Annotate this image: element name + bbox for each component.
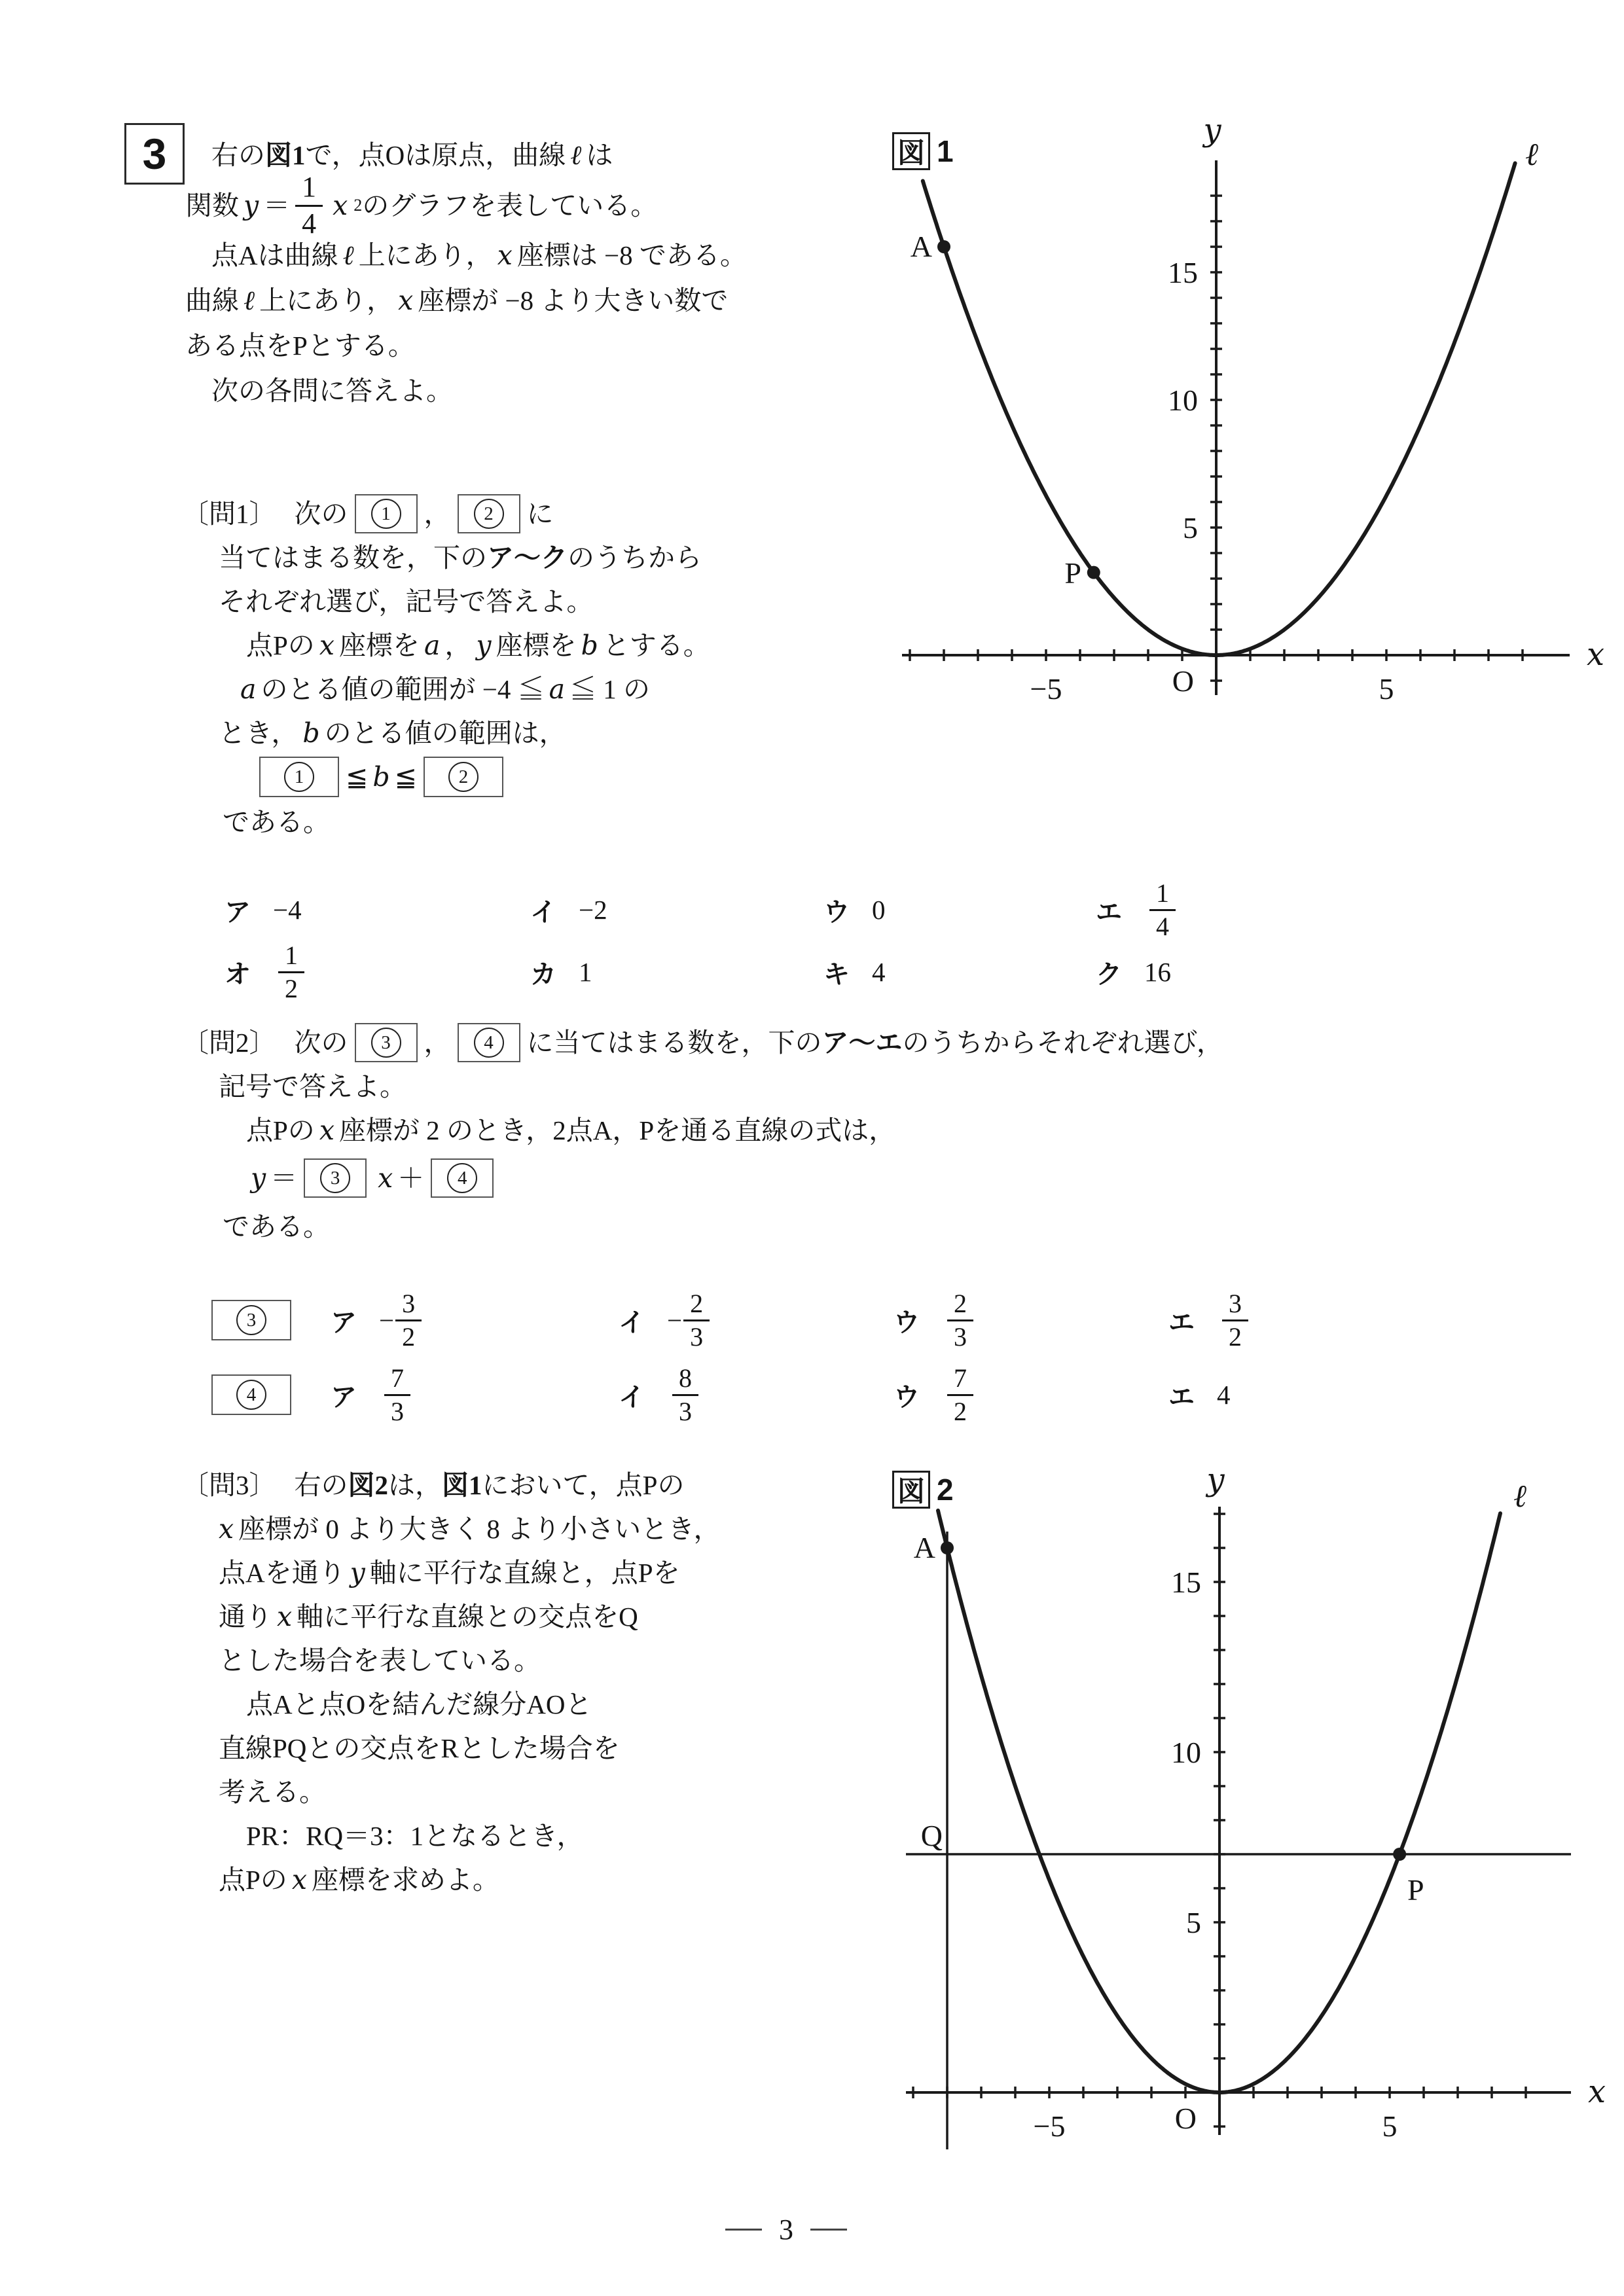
parabola-curve — [923, 163, 1515, 655]
q2-row3-option-i: イ −23 — [619, 1284, 715, 1356]
q3-line-3: 点Aを通りy軸に平行な直線と，点Pを — [219, 1552, 680, 1594]
q1-line-1: 〔問1〕 次の 1 ， 2 に — [182, 493, 554, 535]
y-tick-label: 15 — [1171, 1566, 1201, 1599]
q2-answer-equation: y ＝ 3 x ＋ 4 — [246, 1155, 500, 1201]
q1-line-3: それぞれ選び，記号で答えよ。 — [219, 581, 593, 622]
var-x: x — [315, 624, 339, 666]
var-x: x — [315, 1109, 339, 1151]
point-label-A: A — [914, 1531, 935, 1564]
intro-line-2-equation: 関数 y ＝ 14 x2 のグラフを表している。 — [185, 171, 657, 240]
circled-4: 4 — [474, 1028, 504, 1058]
choices-range-a-to-ku: ア～ク — [487, 537, 568, 579]
circled-2: 2 — [448, 762, 478, 792]
circled-3: 3 — [236, 1305, 266, 1335]
var-y: y — [471, 624, 496, 666]
figure-1-parabola-plot: −5551015OℓxyAP — [871, 111, 1623, 746]
answer-blank-3: 3 — [304, 1158, 367, 1198]
curve-label-l: ℓ — [1513, 1478, 1526, 1515]
point-P — [1087, 566, 1100, 579]
q2-row3-prefix: 3 — [211, 1284, 291, 1356]
q2-row4-option-i: イ 83 — [619, 1359, 704, 1431]
curve-label-l: ℓ — [1525, 136, 1538, 173]
circled-4: 4 — [236, 1380, 266, 1410]
page-number-dash — [725, 2229, 762, 2231]
q1-option-e: エ 14 — [1096, 874, 1181, 946]
text-segment: 関数 — [185, 185, 239, 226]
q3-label: 〔問3〕 — [182, 1464, 276, 1506]
var-x: x — [493, 234, 517, 276]
q1-answer-inequality: 1 ≦b≦ 2 — [259, 754, 510, 800]
answer-blank-4: 4 — [211, 1374, 291, 1415]
q3-line-8: 考える。 — [219, 1771, 326, 1813]
var-a: a — [545, 668, 569, 710]
q2-line-5: である。 — [223, 1206, 330, 1247]
q1-line-6: とき，bのとる値の範囲は， — [219, 712, 566, 754]
var-y: y — [346, 1552, 370, 1594]
q3-line-7: 直線PQとの交点をRとした場合を — [219, 1727, 620, 1769]
point-P — [1393, 1848, 1406, 1861]
var-x: x — [393, 279, 418, 321]
var-b: b — [298, 712, 324, 754]
intro-line-4: 曲線ℓ上にあり，x座標が −8 より大きい数で — [185, 279, 728, 321]
fraction: 83 — [672, 1365, 698, 1426]
intro-line-1: 右の図1で，点Oは原点，曲線ℓは — [211, 134, 613, 176]
x-axis-label: x — [1587, 636, 1604, 673]
answer-blank-3: 3 — [355, 1023, 418, 1062]
point-label-P: P — [1407, 1873, 1424, 1907]
var-y: y — [239, 185, 263, 226]
minus-sign: − — [667, 1304, 682, 1336]
q2-line-3: 点Pのx座標が 2 のとき，2点A，Pを通る直線の式は， — [246, 1109, 895, 1151]
intro-line-6: 次の各問に答えよ。 — [211, 370, 453, 412]
circled-1: 1 — [284, 762, 314, 792]
point-A — [937, 240, 950, 253]
circled-2: 2 — [474, 499, 504, 529]
y-axis-label: y — [1202, 112, 1221, 149]
answer-blank-4: 4 — [431, 1158, 494, 1198]
fraction: 73 — [384, 1365, 410, 1426]
curve-l-symbol: ℓ — [338, 234, 359, 276]
minus-sign: − — [379, 1304, 394, 1336]
var-x: x — [373, 1157, 397, 1199]
q2-row4-prefix: 4 — [211, 1359, 291, 1431]
curve-l-symbol: ℓ — [239, 279, 259, 321]
choices-range-a-to-e: ア～エ — [822, 1022, 903, 1064]
x-axis-label: x — [1588, 2073, 1606, 2110]
x-tick-label: −5 — [1030, 672, 1062, 706]
text-segment: のグラフを表している。 — [362, 185, 657, 226]
q1-option-i: イ−2 — [530, 874, 607, 946]
fraction: 23 — [683, 1290, 710, 1351]
y-tick-label: 10 — [1171, 1736, 1201, 1769]
q2-line-1: 〔問2〕 次の 3 ， 4 に当てはまる数を，下のア～エのうちからそれぞれ選び， — [182, 1022, 1223, 1064]
intro-line-5: ある点をPとする。 — [185, 325, 415, 367]
point-label-P: P — [1064, 556, 1081, 590]
figure1-ref: 図1 — [442, 1464, 482, 1506]
point-label-Q: Q — [921, 1819, 943, 1852]
answer-blank-2: 2 — [458, 494, 520, 533]
var-x: x — [287, 1859, 312, 1901]
q1-option-ki: キ4 — [823, 936, 886, 1008]
exam-page: 3 右の図1で，点Oは原点，曲線ℓは 関数 y ＝ 14 x2 のグラフを表して… — [0, 0, 1624, 2296]
x-tick-label: 5 — [1379, 672, 1394, 706]
text-segment: で，点Oは原点，曲線 — [306, 134, 566, 176]
fraction: 14 — [1149, 880, 1176, 941]
y-tick-label: 15 — [1168, 256, 1198, 289]
circled-4: 4 — [447, 1163, 477, 1193]
fraction: 32 — [1222, 1290, 1248, 1351]
y-tick-label: 5 — [1183, 511, 1198, 545]
answer-blank-4: 4 — [458, 1023, 520, 1062]
y-tick-label: 10 — [1168, 384, 1198, 417]
text-segment: 右の — [211, 134, 265, 176]
var-x: x — [219, 1508, 238, 1550]
var-x: x — [328, 185, 352, 226]
answer-blank-2: 2 — [424, 757, 503, 797]
q3-line-4: 通りx軸に平行な直線との交点をQ — [219, 1596, 638, 1638]
answer-blank-1: 1 — [355, 494, 418, 533]
point-A — [941, 1541, 954, 1554]
q1-line-4: 点Pのx座標をa，y座標をbとする。 — [246, 624, 710, 666]
figure1-ref: 図1 — [265, 134, 306, 176]
origin-label: O — [1175, 2102, 1197, 2135]
q1-line-5: aのとる値の範囲が −4 ≦a≦ 1 の — [236, 668, 650, 710]
q2-row4-option-a: ア 73 — [331, 1359, 416, 1431]
q1-option-u: ウ0 — [823, 874, 886, 946]
q3-line-9: PR：RQ＝3：1となるとき， — [246, 1815, 583, 1857]
q1-option-a: ア−4 — [225, 874, 302, 946]
var-a: a — [420, 624, 444, 666]
q2-row3-option-a: ア −32 — [331, 1284, 427, 1356]
page-number-value: 3 — [779, 2213, 793, 2246]
q1-option-o: オ 12 — [225, 936, 310, 1008]
text-segment: は — [586, 134, 613, 176]
q3-line-1: 〔問3〕 右の図2は，図1において，点Pの — [182, 1464, 684, 1506]
equals-sign: ＝ — [263, 185, 290, 226]
fraction: 23 — [947, 1290, 973, 1351]
q2-row3-option-u: ウ 23 — [893, 1284, 979, 1356]
answer-blank-1: 1 — [259, 757, 339, 797]
circled-3: 3 — [320, 1163, 350, 1193]
var-a: a — [236, 668, 261, 710]
origin-label: O — [1172, 664, 1194, 698]
point-label-A: A — [911, 230, 932, 263]
page-number-dash — [810, 2229, 847, 2231]
q2-row3-option-e: エ 32 — [1168, 1284, 1254, 1356]
q3-line-6: 点Aと点Oを結んだ線分AOと — [246, 1683, 592, 1725]
figure-2-parabola-plot: −5551015OℓxyAPQ — [871, 1456, 1623, 2202]
fraction: 32 — [395, 1290, 422, 1351]
problem-number-box: 3 — [124, 123, 185, 185]
y-axis-label: y — [1205, 1462, 1225, 1498]
q1-option-ku: ク16 — [1096, 936, 1171, 1008]
q1-line-8: である。 — [223, 801, 330, 843]
q2-row4-option-u: ウ 72 — [893, 1359, 979, 1431]
y-tick-label: 5 — [1186, 1906, 1201, 1939]
figure2-ref: 図2 — [348, 1464, 389, 1506]
answer-blank-3: 3 — [211, 1300, 291, 1340]
q1-option-ka: カ1 — [530, 936, 592, 1008]
q3-line-5: とした場合を表している。 — [219, 1640, 541, 1681]
x-tick-label: −5 — [1034, 2109, 1066, 2143]
var-b: b — [577, 624, 603, 666]
q2-row4-option-e: エ4 — [1168, 1359, 1231, 1431]
x-tick-label: 5 — [1382, 2109, 1398, 2143]
q3-line-2: x座標が 0 より大きく 8 より小さいとき， — [219, 1508, 720, 1550]
q1-label: 〔問1〕 — [182, 493, 276, 535]
fraction: 12 — [278, 942, 304, 1003]
var-b: b — [368, 756, 394, 798]
q3-line-10: 点Pのx座標を求めよ。 — [219, 1859, 499, 1901]
fraction: 72 — [947, 1365, 973, 1426]
curve-l-symbol: ℓ — [566, 134, 586, 176]
fraction-one-quarter: 14 — [295, 172, 323, 238]
circled-1: 1 — [371, 499, 401, 529]
q1-line-2: 当てはまる数を，下のア～クのうちから — [219, 537, 702, 579]
q2-line-2: 記号で答えよ。 — [219, 1066, 406, 1107]
circled-3: 3 — [371, 1028, 401, 1058]
problem-number: 3 — [143, 129, 167, 179]
q2-label: 〔問2〕 — [182, 1022, 276, 1064]
var-x: x — [272, 1596, 297, 1638]
var-y: y — [246, 1157, 270, 1199]
page-number: 3 — [725, 2211, 847, 2248]
intro-line-3: 点Aは曲線ℓ上にあり，x座標は −8 である。 — [211, 234, 747, 276]
